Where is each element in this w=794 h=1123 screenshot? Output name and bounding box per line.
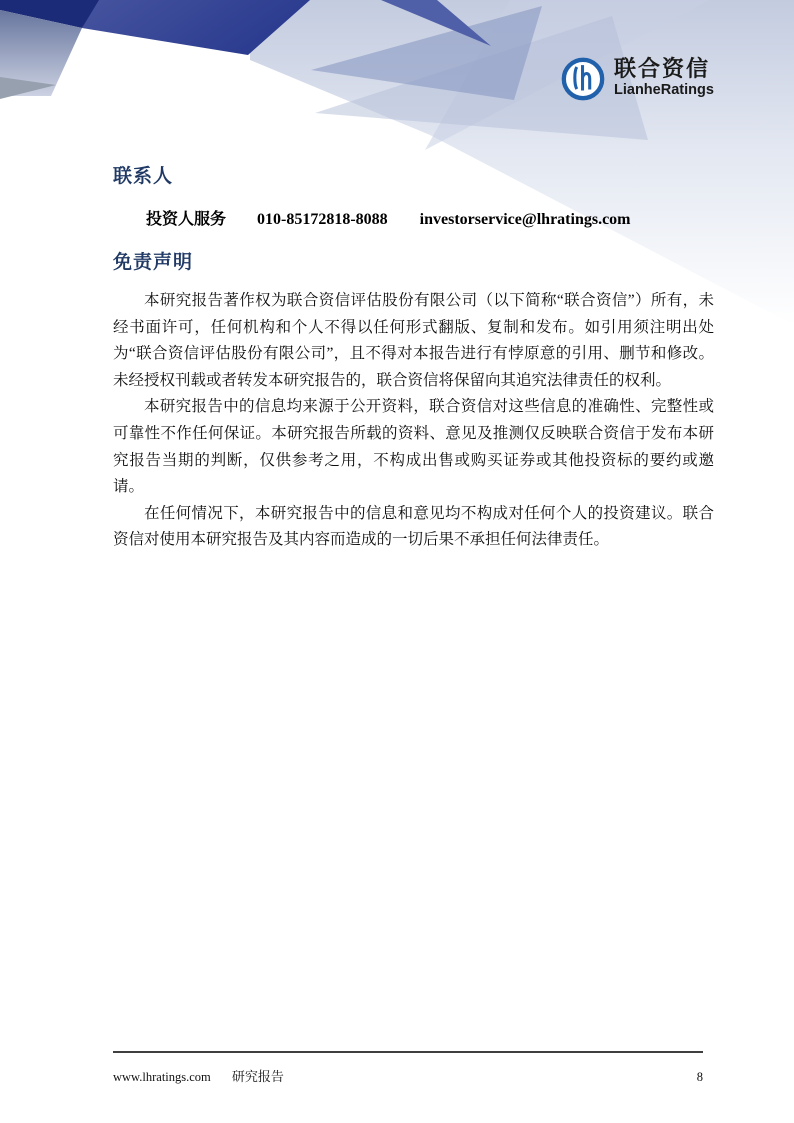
document-page: 联合资信 LianheRatings 联系人 投资人服务 010-8517281…	[0, 0, 794, 1123]
disclaimer-paragraph-1: 本研究报告著作权为联合资信评估股份有限公司（以下简称“联合资信”）所有，未经书面…	[113, 288, 714, 394]
company-logo: 联合资信 LianheRatings	[560, 56, 714, 102]
footer-website: www.lhratings.com	[113, 1070, 211, 1084]
disclaimer-paragraph-3: 在任何情况下，本研究报告中的信息和意见均不构成对任何个人的投资建议。联合资信对使…	[113, 501, 714, 554]
contact-email-address: investorservice@lhratings.com	[420, 211, 631, 228]
logo-en-name: LianheRatings	[614, 82, 714, 98]
disclaimer-body: 本研究报告著作权为联合资信评估股份有限公司（以下简称“联合资信”）所有，未经书面…	[113, 288, 714, 554]
contacts-section-title: 联系人	[113, 161, 173, 188]
page-footer: www.lhratings.com 研究报告 8	[113, 1066, 703, 1085]
footer-left-group: www.lhratings.com 研究报告	[113, 1066, 284, 1085]
logo-text: 联合资信 LianheRatings	[614, 56, 714, 98]
footer-doc-type: 研究报告	[232, 1069, 284, 1084]
footer-page-number: 8	[697, 1070, 703, 1085]
disclaimer-section-title: 免责声明	[113, 247, 193, 274]
contact-row: 投资人服务 010-85172818-8088 investorservice@…	[146, 206, 631, 229]
footer-divider	[113, 1051, 703, 1053]
contact-service-label: 投资人服务	[146, 211, 226, 228]
contact-phone-number: 010-85172818-8088	[257, 211, 388, 228]
logo-cn-name: 联合资信	[614, 56, 714, 82]
lianhe-logo-icon	[560, 56, 606, 102]
disclaimer-paragraph-2: 本研究报告中的信息均来源于公开资料，联合资信对这些信息的准确性、完整性或可靠性不…	[113, 394, 714, 500]
